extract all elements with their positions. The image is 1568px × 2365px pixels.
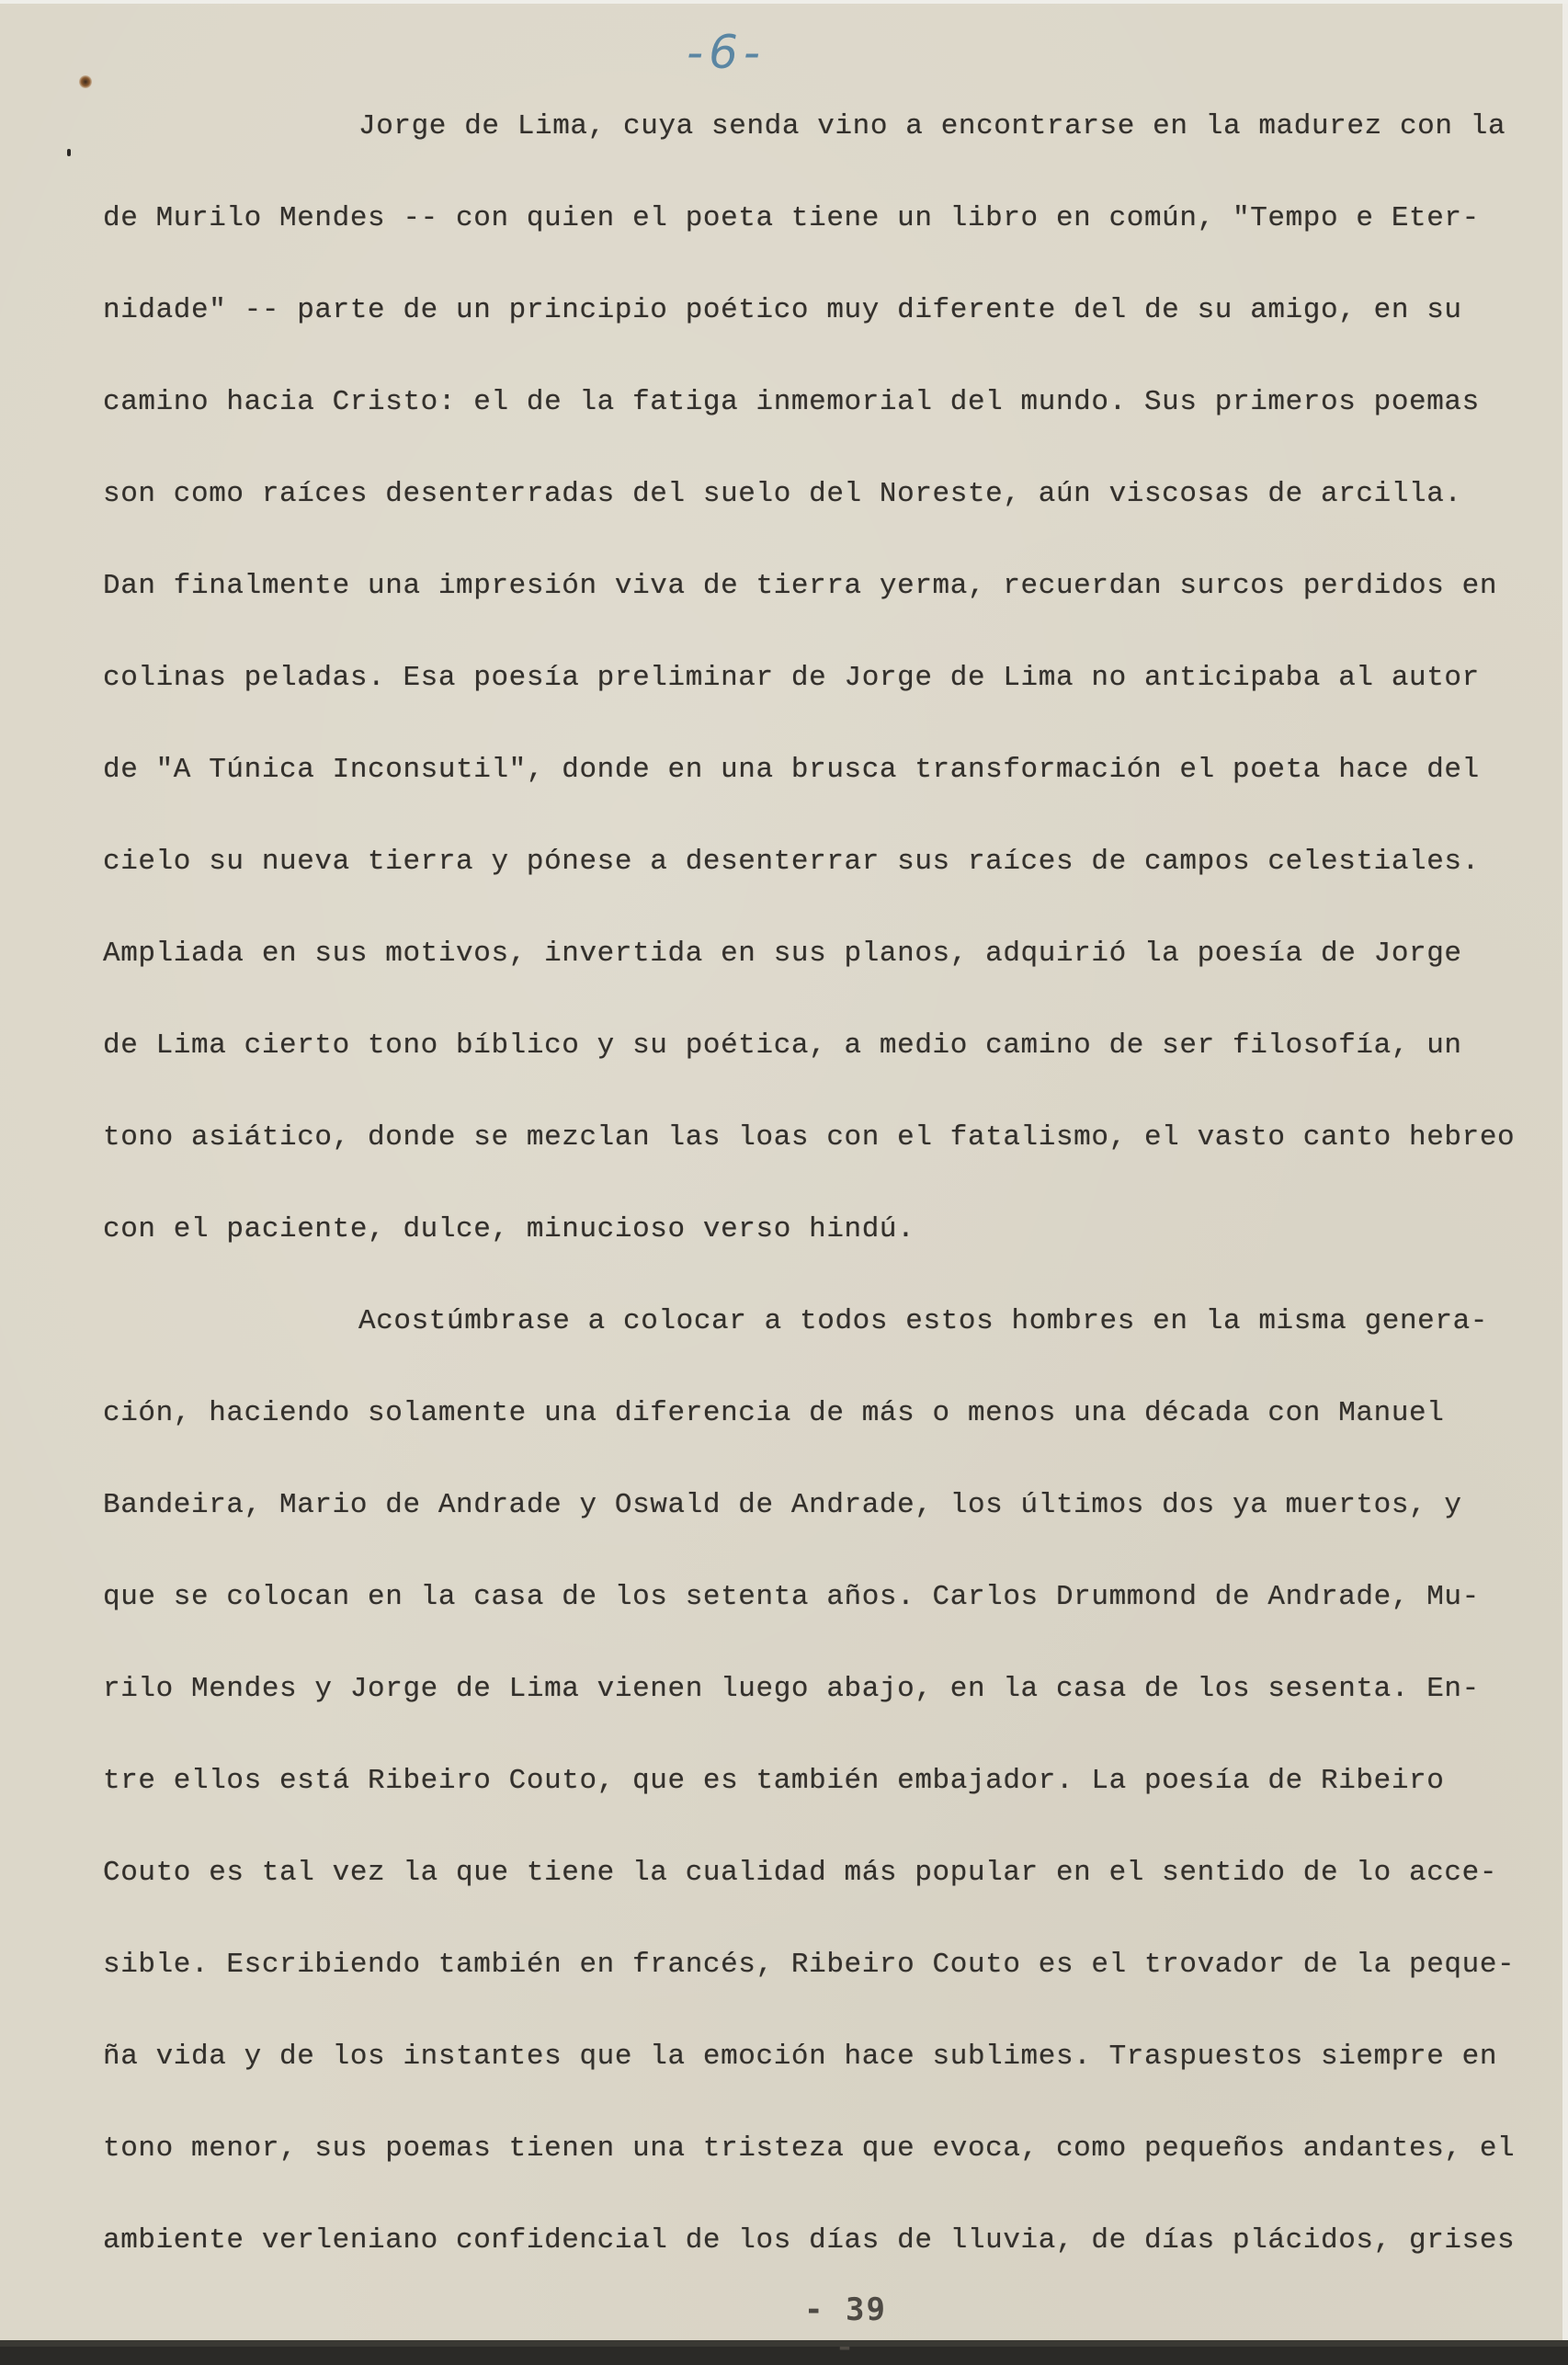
paragraph-1-line: de "A Túnica Inconsutil", donde en una b… xyxy=(103,752,1480,789)
scan-bottom-border xyxy=(0,2340,1568,2347)
paragraph-1-line: Dan finalmente una impresión viva de tie… xyxy=(103,568,1497,605)
paragraph-1-line: nidade" -- parte de un principio poético… xyxy=(103,292,1462,329)
paragraph-1-line: de Murilo Mendes -- con quien el poeta t… xyxy=(103,200,1480,237)
paragraph-1-line: Jorge de Lima, cuya senda vino a encontr… xyxy=(358,108,1506,145)
paragraph-1-line: camino hacia Cristo: el de la fatiga inm… xyxy=(103,384,1480,421)
paragraph-1-line: tono asiático, donde se mezclan las loas… xyxy=(103,1120,1515,1156)
paragraph-2-line: sible. Escribiendo también en francés, R… xyxy=(103,1947,1515,1984)
paragraph-2-line: rilo Mendes y Jorge de Lima vienen luego… xyxy=(103,1671,1480,1708)
paragraph-1-line: Ampliada en sus motivos, invertida en su… xyxy=(103,936,1462,972)
paragraph-1-line: de Lima cierto tono bíblico y su poética… xyxy=(103,1028,1462,1064)
paragraph-2-line: ción, haciendo solamente una diferencia … xyxy=(103,1395,1444,1432)
paragraph-2-line: que se colocan en la casa de los setenta… xyxy=(103,1579,1480,1616)
document-body: Jorge de Lima, cuya senda vino a encontr… xyxy=(0,0,1568,2347)
typewritten-page: -6- Jorge de Lima, cuya senda vino a enc… xyxy=(0,0,1568,2342)
paragraph-1-line: son como raíces desenterradas del suelo … xyxy=(103,476,1462,513)
paragraph-2-line: ña vida y de los instantes que la emoció… xyxy=(103,2039,1497,2075)
paragraph-2-line: tono menor, sus poemas tienen una triste… xyxy=(103,2131,1515,2167)
paragraph-2-line: Acostúmbrase a colocar a todos estos hom… xyxy=(358,1303,1488,1340)
paragraph-1-line: colinas peladas. Esa poesía preliminar d… xyxy=(103,660,1480,697)
paragraph-2-line: Couto es tal vez la que tiene la cualida… xyxy=(103,1855,1497,1892)
footer-page-number: - 39 - xyxy=(790,2291,901,2347)
paragraph-2-line: tre ellos está Ribeiro Couto, que es tam… xyxy=(103,1763,1444,1800)
paragraph-1-line: con el paciente, dulce, minucioso verso … xyxy=(103,1211,915,1248)
paragraph-2-line: Bandeira, Mario de Andrade y Oswald de A… xyxy=(103,1487,1462,1524)
paragraph-2-line: ambiente verleniano confidencial de los … xyxy=(103,2223,1515,2259)
paragraph-1-line: cielo su nueva tierra y pónese a desente… xyxy=(103,844,1480,881)
